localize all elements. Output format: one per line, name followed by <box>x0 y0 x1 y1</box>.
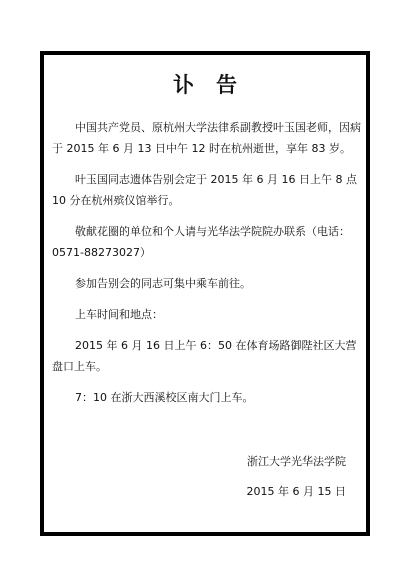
obituary-notice-frame: 讣告 中国共产党员、原杭州大学法律系副教授叶玉国老师，因病于 2015 年 6 … <box>40 51 370 536</box>
paragraph-death-announcement: 中国共产党员、原杭州大学法律系副教授叶玉国老师，因病于 2015 年 6 月 1… <box>52 117 364 159</box>
paragraph-pickup-heading: 上车时间和地点： <box>52 304 364 325</box>
paragraph-farewell-ceremony: 叶玉国同志遗体告别会定于 2015 年 6 月 16 日上午 8 点 10 分在… <box>52 169 364 211</box>
paragraph-pickup-second: 7：10 在浙大西溪校区南大门上车。 <box>52 387 364 408</box>
paragraph-pickup-first: 2015 年 6 月 16 日上午 6：50 在体育场路御陛社区大营盘口上车。 <box>52 335 364 377</box>
paragraph-wreath-contact: 敬献花圈的单位和个人请与光华法学院院办联系（电话：0571-88273027） <box>52 221 364 263</box>
paragraph-bus-arrangement: 参加告别会的同志可集中乘车前往。 <box>52 273 364 294</box>
notice-title: 讣告 <box>44 69 366 99</box>
signature-date: 2015 年 6 月 15 日 <box>247 483 346 499</box>
signature-organization: 浙江大学光华法学院 <box>247 453 346 469</box>
